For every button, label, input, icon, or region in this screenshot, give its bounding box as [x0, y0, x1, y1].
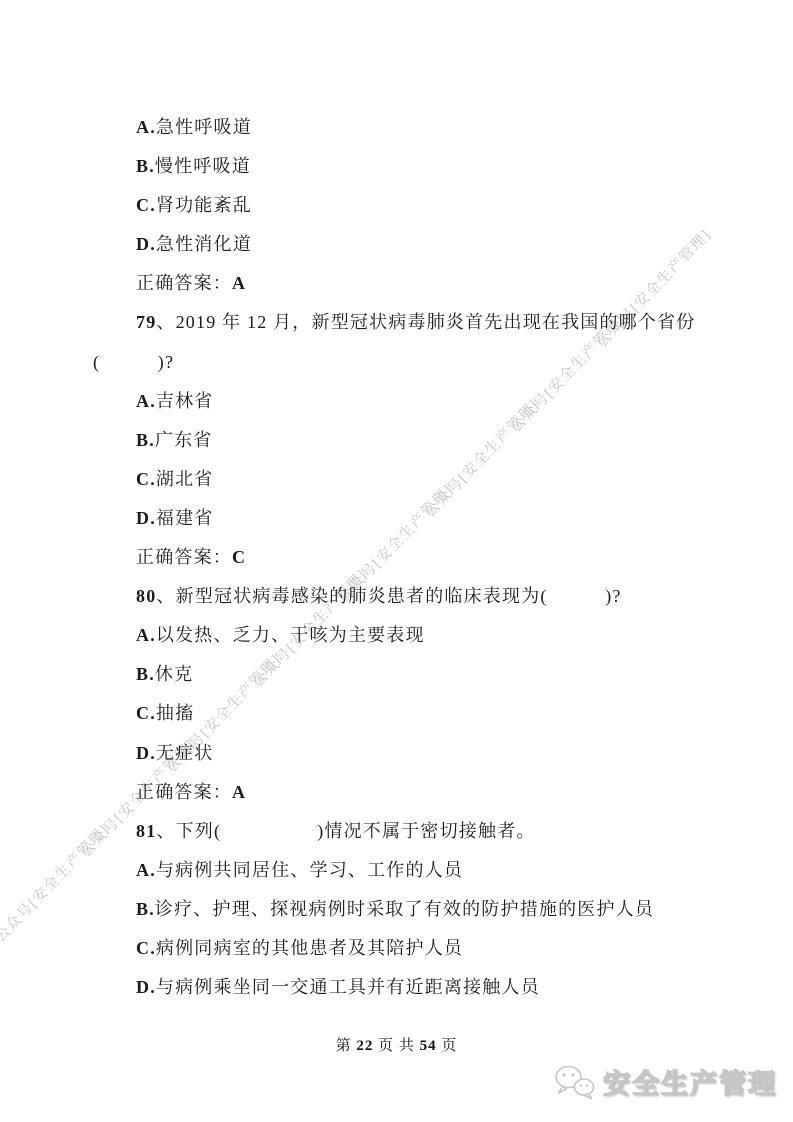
option-line: B.休克 — [93, 655, 705, 694]
question-text: 、下列( )情况不属于密切接触者。 — [156, 821, 535, 841]
option-text: 诊疗、护理、探视病例时采取了有效的防护措施的医护人员 — [155, 899, 654, 919]
continuation-text: ( )? — [93, 352, 174, 372]
option-letter: D. — [136, 743, 156, 763]
answer-line: 正确答案：A — [93, 264, 705, 303]
option-line: D.与病例乘坐同一交通工具并有近距离接触人员 — [93, 968, 705, 1007]
option-letter: B. — [136, 664, 155, 684]
option-text: 肾功能紊乱 — [156, 195, 252, 215]
option-line: A.以发热、乏力、干咳为主要表现 — [93, 616, 705, 655]
page-number-text: 页 — [437, 1038, 458, 1054]
option-line: C.湖北省 — [93, 460, 705, 499]
option-letter: C. — [136, 938, 156, 958]
option-line: B.广东省 — [93, 421, 705, 460]
brand-name: 安全生产管理 — [603, 1062, 777, 1101]
option-text: 吉林省 — [156, 391, 214, 411]
option-letter: B. — [136, 156, 155, 176]
answer-line: 正确答案：C — [93, 538, 705, 577]
option-letter: D. — [136, 508, 156, 528]
option-text: 抽搐 — [156, 703, 194, 723]
document-page: 公众号[安全生产管理]公众号[安全生产管理]公众号[安全生产管理]公众号[安全生… — [0, 0, 793, 1122]
option-line: D.福建省 — [93, 499, 705, 538]
option-line: D.无症状 — [93, 734, 705, 773]
option-text: 慢性呼吸道 — [155, 156, 251, 176]
wechat-icon — [554, 1063, 596, 1101]
brand-logo: 安全生产管理 — [554, 1062, 777, 1101]
question-text: 、新型冠状病毒感染的肺炎患者的临床表现为( )? — [156, 586, 621, 606]
option-line: B.诊疗、护理、探视病例时采取了有效的防护措施的医护人员 — [93, 890, 705, 929]
question-text: 、2019 年 12 月，新型冠状病毒肺炎首先出现在我国的哪个省份 — [156, 312, 695, 332]
option-letter: C. — [136, 703, 156, 723]
option-letter: C. — [136, 469, 156, 489]
option-letter: D. — [136, 234, 156, 254]
question-number: 80 — [136, 586, 156, 606]
answer-label: 正确答案： — [136, 782, 232, 802]
question-number: 81 — [136, 821, 156, 841]
option-line: C.病例同病室的其他患者及其陪护人员 — [93, 929, 705, 968]
answer-letter: C — [232, 547, 246, 567]
option-letter: A. — [136, 860, 156, 880]
option-letter: B. — [136, 899, 155, 919]
question-line: 81、下列( )情况不属于密切接触者。 — [93, 812, 705, 851]
option-text: 急性呼吸道 — [156, 117, 252, 137]
option-text: 以发热、乏力、干咳为主要表现 — [156, 625, 425, 645]
option-line: A.急性呼吸道 — [93, 108, 705, 147]
option-letter: D. — [136, 977, 156, 997]
option-line: C.抽搐 — [93, 694, 705, 733]
question-number: 79 — [136, 312, 156, 332]
option-letter: A. — [136, 117, 156, 137]
option-letter: A. — [136, 625, 156, 645]
option-letter: B. — [136, 430, 155, 450]
option-text: 与病例共同居住、学习、工作的人员 — [156, 860, 463, 880]
option-line: D.急性消化道 — [93, 225, 705, 264]
answer-label: 正确答案： — [136, 547, 232, 567]
option-text: 广东省 — [155, 430, 213, 450]
option-text: 湖北省 — [156, 469, 214, 489]
answer-letter: A — [232, 782, 246, 802]
question-line: 80、新型冠状病毒感染的肺炎患者的临床表现为( )? — [93, 577, 705, 616]
page-number-value: 54 — [420, 1038, 437, 1054]
option-line: A.与病例共同居住、学习、工作的人员 — [93, 851, 705, 890]
question-list: A.急性呼吸道B.慢性呼吸道C.肾功能紊乱D.急性消化道正确答案：A79、201… — [93, 108, 705, 1007]
continuation-line: ( )? — [93, 343, 705, 382]
option-line: B.慢性呼吸道 — [93, 147, 705, 186]
page-number-value: 22 — [356, 1038, 373, 1054]
option-text: 病例同病室的其他患者及其陪护人员 — [156, 938, 463, 958]
page-number-text: 第 — [336, 1038, 357, 1054]
option-text: 福建省 — [156, 508, 214, 528]
option-text: 与病例乘坐同一交通工具并有近距离接触人员 — [156, 977, 540, 997]
option-text: 急性消化道 — [156, 234, 252, 254]
page-number: 第 22 页 共 54 页 — [0, 1034, 793, 1055]
option-line: C.肾功能紊乱 — [93, 186, 705, 225]
question-line: 79、2019 年 12 月，新型冠状病毒肺炎首先出现在我国的哪个省份 — [93, 303, 705, 342]
option-letter: A. — [136, 391, 156, 411]
option-text: 休克 — [155, 664, 193, 684]
option-letter: C. — [136, 195, 156, 215]
answer-label: 正确答案： — [136, 273, 232, 293]
page-number-text: 页 共 — [373, 1038, 419, 1054]
answer-letter: A — [232, 273, 246, 293]
answer-line: 正确答案：A — [93, 773, 705, 812]
option-line: A.吉林省 — [93, 382, 705, 421]
option-text: 无症状 — [156, 743, 214, 763]
